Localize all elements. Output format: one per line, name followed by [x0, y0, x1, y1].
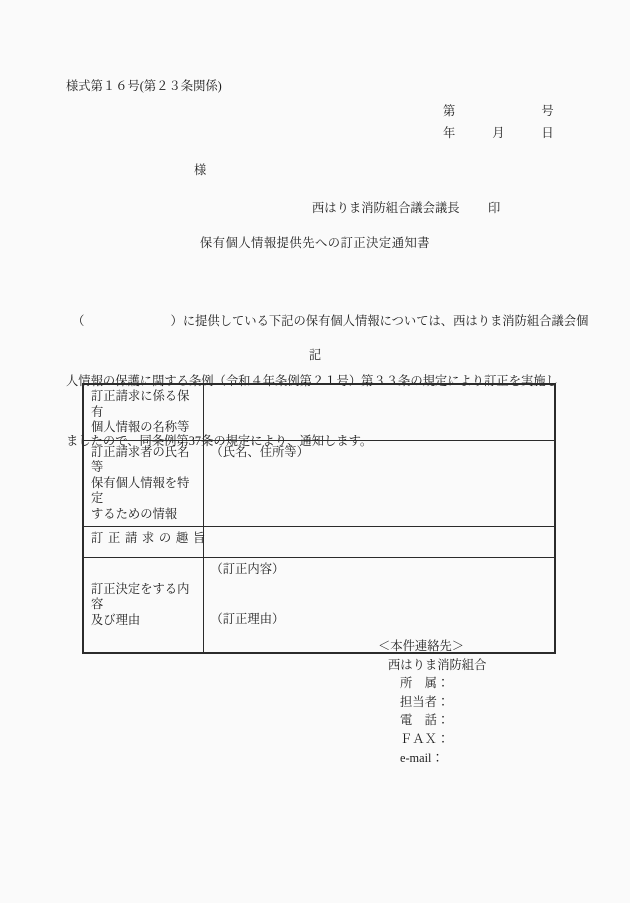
row-value: （氏名、住所等） [203, 440, 555, 527]
info-table: 訂正請求に係る保有 個人情報の名称等 訂正請求者の氏名等 保有個人情報を特定 す… [82, 383, 556, 654]
row-value-line: （訂正理由） [211, 612, 548, 628]
sender-title: 西はりま消防組合議会議長 [312, 198, 460, 216]
table-row: 訂正請求の趣旨 [83, 527, 555, 558]
row-label: 訂正決定をする内容 及び理由 [83, 558, 203, 653]
row-value [203, 527, 555, 558]
row-label-line: 訂正決定をする内容 [91, 582, 196, 613]
document-title: 保有個人情報提供先への訂正決定通知書 [0, 233, 630, 251]
row-label-line: 訂正請求に係る保有 [91, 389, 196, 420]
row-label: 訂正請求に係る保有 個人情報の名称等 [83, 384, 203, 440]
document-page: 様式第１６号(第２３条関係) 第 号 年 月 日 様 西はりま消防組合議会議長 … [0, 0, 630, 903]
row-value-line: （訂正内容） [211, 562, 548, 578]
contact-org: 西はりま消防組合 [388, 656, 486, 675]
row-label-line: 及び理由 [91, 613, 196, 629]
table-row: 訂正請求者の氏名等 保有個人情報を特定 するための情報 （氏名、住所等） [83, 440, 555, 527]
contact-field-email: e-mail： [400, 749, 486, 768]
table-row: 訂正請求に係る保有 個人情報の名称等 [83, 384, 555, 440]
contact-field-department: 所 属： [400, 674, 486, 693]
contact-heading: ＜本件連絡先＞ [378, 637, 486, 656]
form-number: 様式第１６号(第２３条関係) [66, 76, 222, 94]
addressee-suffix: 様 [194, 160, 206, 178]
row-value [203, 384, 555, 440]
row-label: 訂正請求の趣旨 [83, 527, 203, 558]
ki-marker: 記 [0, 345, 630, 363]
body-line: （ ）に提供している下記の保有個人情報については、西はりま消防組合議会個 [66, 311, 572, 331]
row-label: 訂正請求者の氏名等 保有個人情報を特定 するための情報 [83, 440, 203, 527]
row-label-line: 保有個人情報を特定 [91, 476, 196, 507]
row-label-line: 訂正請求者の氏名等 [91, 445, 196, 476]
row-label-line: するための情報 [91, 507, 196, 523]
contact-field-fax: ＦＡＸ： [400, 730, 486, 749]
date-line: 年 月 日 [443, 123, 554, 141]
row-label-line: 個人情報の名称等 [91, 420, 196, 436]
seal-mark: 印 [488, 198, 500, 216]
document-number-line: 第 号 [443, 101, 554, 119]
row-label-line: 訂正請求の趣旨 [91, 531, 196, 547]
contact-field-phone: 電 話： [400, 711, 486, 730]
contact-block: ＜本件連絡先＞ 西はりま消防組合 所 属： 担当者： 電 話： ＦＡＸ： e-m… [378, 637, 486, 767]
contact-field-person: 担当者： [400, 693, 486, 712]
